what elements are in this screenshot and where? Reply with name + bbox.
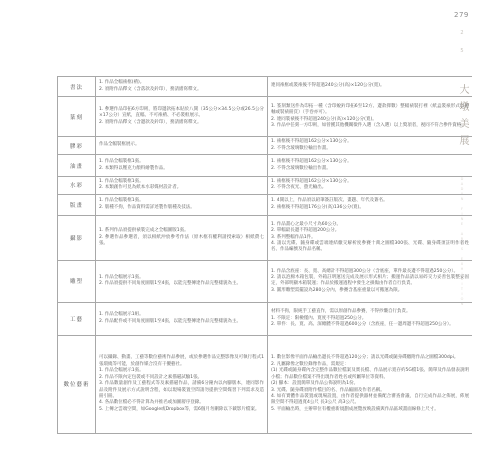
- limit-cell: 連同裱框或裝裱後不得超過240公分(高)×120公分(寬)。: [268, 77, 473, 97]
- spec-table-body: 書法1. 作品全幅裱框(褙)。2. 須附作品釋文（含落款及鈐印），務請繕寫釋文。…: [58, 77, 473, 434]
- table-row: 膠彩作品全幅裝框展示。1. 裱框後不得超過162公分×130公分。2. 不得含玻…: [58, 137, 473, 155]
- category-label: 雕塑: [58, 260, 96, 302]
- table-row: 數位藝術可以攝錄、動畫、工藝等數位藝術作品參展，或於參選作品完整影像及可執行程式…: [58, 335, 473, 433]
- limit-cell: 1. 作品含底座：長、寬、高總計不得超過300公分（含底座，單件最長邊不得超過2…: [268, 260, 473, 302]
- spec-cell-line: 作品全幅裝框展示。: [99, 142, 264, 148]
- limit-cell: 1. 篆刻類送件為印拓一種（含印蛻鈐印拓6至12方、邊款擇數）整幅裱裝打裡（紙盒…: [268, 97, 473, 137]
- limit-cell-line: 2. 不得含夜光、螢光輸出。: [271, 185, 469, 191]
- edition-number: 2 5: [459, 30, 465, 57]
- category-label: 版畫: [58, 194, 96, 215]
- spec-cell: 1. 作品全幅裱框(褙)。2. 須附作品釋文（含落款及鈐印），務請繕寫釋文。: [96, 77, 268, 97]
- category-label: 水彩: [58, 177, 96, 195]
- spec-cell: 作品全幅裝框展示。: [96, 137, 268, 155]
- table-row: 油畫1. 作品全幅裝框1張。2. 本類得以壓克力顏料繪製作品。1. 裱框後不得超…: [58, 155, 473, 177]
- table-row: 工藝1. 作品全幅展示1組。2. 作品配件或不同角度圖版1至4張，以能完整傳達作…: [58, 302, 473, 335]
- spec-table-container: 書法1. 作品全幅裱框(褙)。2. 須附作品釋文（含落款及鈐印），務請繕寫釋文。…: [57, 76, 472, 436]
- limit-cell-line: 4. 請以光碟、隨身碟或雲端連結繳交解析度參賽十萬之圖檔300張、光碟、隨身碟須…: [271, 241, 469, 254]
- table-row: 版畫1. 作品全幅裝框1張。2. 版種不拘，作品資料需詳述製作版種及技法。1. …: [58, 194, 473, 215]
- page-number: 279: [454, 11, 469, 19]
- limit-cell-line: 2. 裱框後不得超過176公分(高)136公分(寬)。: [271, 205, 469, 211]
- limit-cell-line: 4. 如有實體作品裝置或現場設置，由作者提供器材並備配合審查會議，自行完成作品之…: [271, 394, 469, 407]
- limit-cell: 1. 裱框後不得超過162公分×130公分。2. 不得含玻璃數位輸出作畫。: [268, 137, 473, 155]
- spec-cell: 可以攝錄、動畫、工藝等數位藝術作品參展，或於參選作品完整影像及可執行程式1張環繞…: [96, 335, 268, 433]
- spec-cell: 1. 作品全幅展示1張。2. 作品須提供不同角度圖版1至4張，以能完整傳達作品完…: [96, 260, 268, 302]
- spec-cell: 1. 參選作品印拓6方印則，將印邊款拓本貼於八開（35公分×34.5公分或26.…: [96, 97, 268, 137]
- category-label: 油畫: [58, 155, 96, 177]
- spec-cell-line: 2. 版種不拘，作品資料需詳述製作版種及技法。: [99, 205, 264, 211]
- limit-cell-line: 3. 作品中任刻一方印則，如曾獲其他機關徵件入選（含入選）以上獎項者，視同不符合…: [271, 123, 469, 129]
- category-label: 篆刻: [58, 97, 96, 137]
- spec-cell: 1. 作品全幅裝框1張。2. 本類得以壓克力顏料繪製作品。: [96, 155, 268, 177]
- spec-cell-line: 1. 參選作品印拓6方印則，將印邊款拓本貼於八開（35公分×34.5公分或26.…: [99, 107, 264, 120]
- limit-cell-line: 1. 篆刻類送件為印拓一種（含印蛻鈐印拓6至12方、邊款擇數）整幅裱裝打裡（紙盒…: [271, 104, 469, 117]
- category-label: 膠彩: [58, 137, 96, 155]
- spec-cell-line: 2. 須附作品釋文（含邊款及鈐印），務請繕寫釋文。: [99, 120, 264, 126]
- category-label: 數位藝術: [58, 335, 96, 433]
- limit-cell: 1. 4開以上，作品須以鉛筆簽註版次、畫題、年代及簽名。2. 裱框後不得超過17…: [268, 194, 473, 215]
- category-label: 工藝: [58, 302, 96, 335]
- table-row: 攝影1. 系列作品須提供裱裝完成之全幅圖版1張。2. 參選作品參選者，須以相紙沖…: [58, 215, 473, 260]
- table-row: 水彩1. 作品全幅裝框1張。2. 本類創作可見為紙本水彩媒材設計者。1. 裱框後…: [58, 177, 473, 195]
- spec-cell-line: 5. 上傳之雲端空間，如Google或Dropbox等，需6個月勿刪除以下載影片…: [99, 407, 264, 413]
- limit-cell: 1. 作品畫心之最小尺寸為60公分。2. 單幅最長邊不得超過200公分。3. 系…: [268, 215, 473, 260]
- limit-cell-line: (1) 光碟或隨身碟內含完整作品數位檔案及實長檔、作品展示寬存約5G檔1張、簡單…: [271, 368, 469, 381]
- document-page: 279 2 5 大墩美展 DADUN FINE ARTS EXHIBITION …: [0, 0, 480, 461]
- spec-cell-line: 3. 作品數量創作及工藝程式等及素描磁作品，請備6分鐘內以內腳版本，連同影作品及…: [99, 381, 264, 400]
- spec-cell: 1. 作品全幅裝框1張。2. 本類創作可見為紙本水彩媒材設計者。: [96, 177, 268, 195]
- spec-cell: 1. 作品全幅展示1組。2. 作品配件或不同角度圖版1至4張，以能完整傳達作品完…: [96, 302, 268, 335]
- spec-cell-line: 2. 參選作品參選者，須以相紙沖放參考作法（原木框有權利請授索取）相紙費七張。: [99, 235, 264, 248]
- limit-cell-line: 1. 數位影像平面作品輸出邊長不得超過120公分；請以光碟或隨身碟繳附作品之圖檔…: [271, 355, 469, 361]
- table-row: 篆刻1. 參選作品印拓6方印則，將印邊款拓本貼於八開（35公分×34.5公分或2…: [58, 97, 473, 137]
- limit-cell-line: 2. 不得含玻璃數位輸出作畫。: [271, 166, 469, 172]
- limit-cell-line: 2. 請以泡棉木箱包裝，外箱註明運送完成及展示形式相片；搬運作品請以易碎交力妥善…: [271, 275, 469, 288]
- spec-cell-line: 可以攝錄、動畫、工藝等數位藝術作品參展，或於參選作品完整影像及可執行程式1張環繞…: [99, 355, 264, 368]
- limit-cell: 1. 數位影像平面作品輸出邊長不得超過120公分；請以光碟或隨身碟繳附作品之圖檔…: [268, 335, 473, 433]
- limit-cell: 1. 裱框後不得超過162公分×130公分。2. 不得含玻璃數位輸出作畫。: [268, 155, 473, 177]
- limit-cell: 1. 裱框後不得超過162公分×130公分。2. 不得含夜光、螢光輸出。: [268, 177, 473, 195]
- artwork-spec-table: 書法1. 作品全幅裱框(褙)。2. 須附作品釋文（含落款及鈐印），務請繕寫釋文。…: [57, 76, 472, 434]
- spec-cell-line: 2. 須附作品釋文（含落款及鈐印），務請繕寫釋文。: [99, 87, 264, 93]
- limit-cell-line: 2. 單件：長、寬、高、深總體不得超過600公分（含底座，任一邊周邊不得超過25…: [271, 322, 469, 328]
- spec-cell-line: 2. 作品配件或不同角度圖版1至4張，以能完整傳達作品完整樣貌為主。: [99, 319, 264, 325]
- table-row: 書法1. 作品全幅裱框(褙)。2. 須附作品釋文（含落款及鈐印），務請繕寫釋文。…: [58, 77, 473, 97]
- limit-cell-line: 2. 不得含玻璃數位輸出作畫。: [271, 146, 469, 152]
- spec-cell-line: 2. 本類得以壓克力顏料繪製作品。: [99, 166, 264, 172]
- category-label: 攝影: [58, 215, 96, 260]
- limit-cell-line: 連同裱框或裝裱後不得超過240公分(高)×120公分(寬)。: [271, 83, 469, 89]
- table-row: 雕塑1. 作品全幅展示1張。2. 作品須提供不同角度圖版1至4張，以能完整傳達作…: [58, 260, 473, 302]
- limit-cell-line: 3. 圓形雕塑需擺設為280公分內，參賽含基座重量以可搬運為限。: [271, 288, 469, 294]
- spec-cell: 1. 作品全幅裝框1張。2. 版種不拘，作品資料需詳述製作版種及技法。: [96, 194, 268, 215]
- spec-cell-line: 2. 作品須提供不同角度圖版1至4張，以能完整傳達作品完整樣貌為主。: [99, 281, 264, 287]
- spec-cell-line: 2. 本類創作可見為紙本水彩媒材設計者。: [99, 185, 264, 191]
- spec-cell: 1. 系列作品須提供裱裝完成之全幅圖版1張。2. 參選作品參選者，須以相紙沖放參…: [96, 215, 268, 260]
- limit-cell-line: 1. 作品含底座：長、寬、高總計不得超過300公分（含底座，單件最長邊不得超過2…: [271, 269, 469, 275]
- limit-cell: 材料不拘，限純手工藝直作，需以原創作品參賽，不得抄襲自行負責。1. 不限定：限檢…: [268, 302, 473, 335]
- category-label: 書法: [58, 77, 96, 97]
- limit-cell-line: 5. 平面輸出時，主辦單位有權重新規劃成展覽放映設備與作品區域畫面線條上尺寸。: [271, 407, 469, 413]
